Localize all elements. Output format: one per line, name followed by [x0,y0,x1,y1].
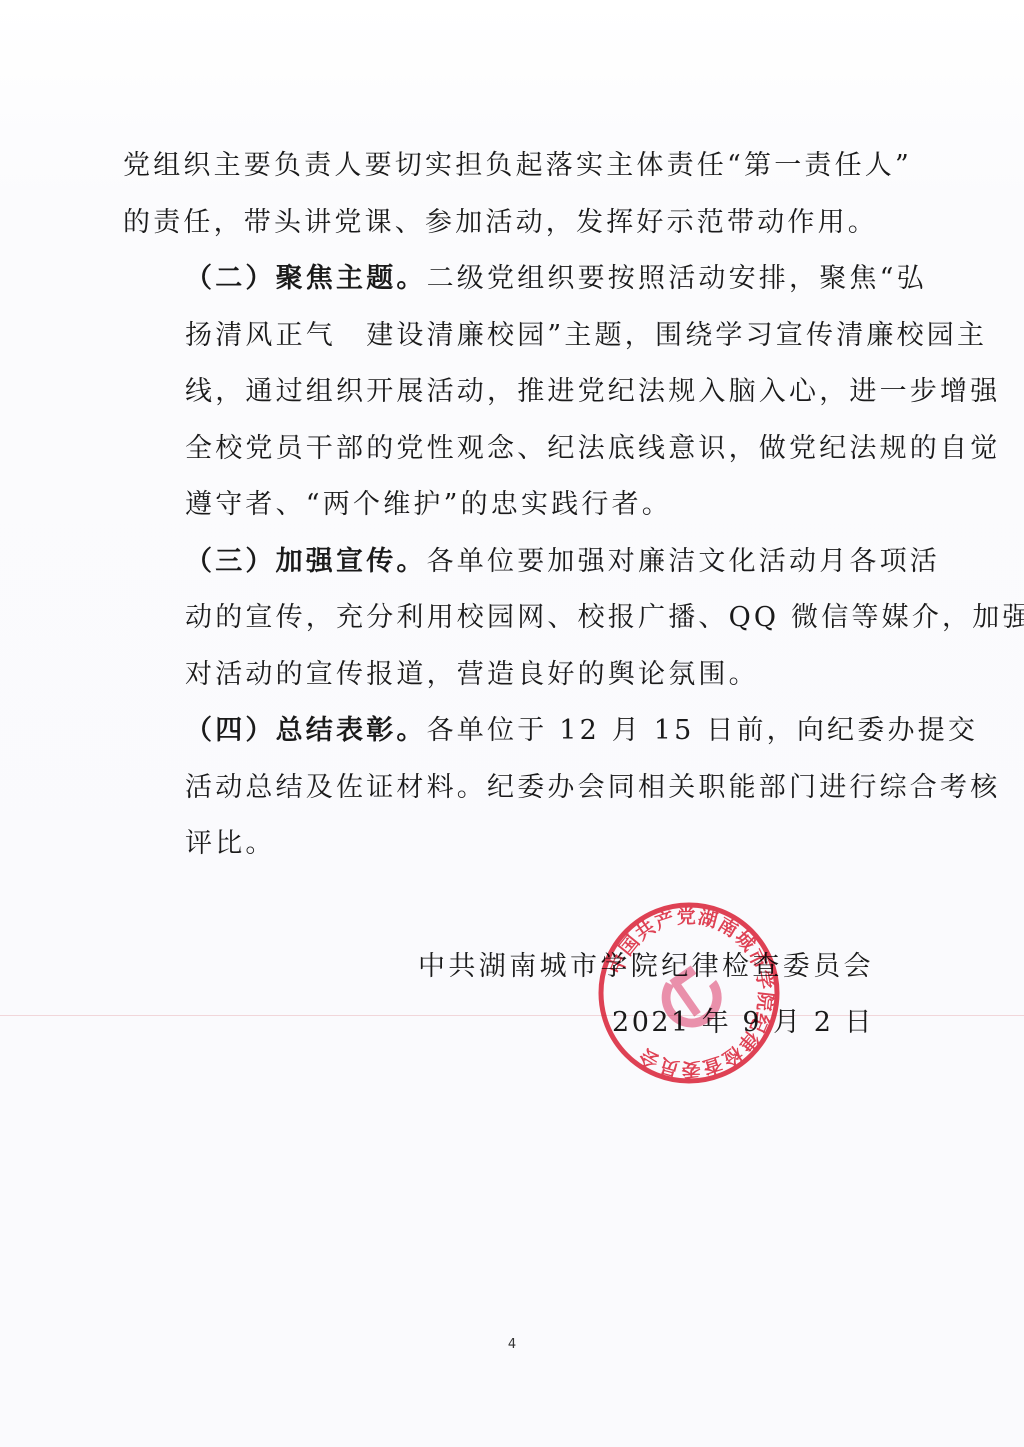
section-heading-summary: （四）总结表彰。 [185,715,427,746]
section-heading-focus-theme: （二）聚焦主题。 [185,263,427,294]
text-line: （三）加强宣传。各单位要加强对廉洁文化活动月各项活 [123,534,878,591]
text-line: 动的宣传，充分利用校园网、校报广播、QQ 微信等媒介，加强 [123,590,878,647]
seal-stamp-icon: 中国共产党湖南城市学院纪律检查委员会 [596,900,782,1086]
text-line: 评比。 [123,816,878,873]
text-run: 各单位要加强对廉洁文化活动月各项活 [427,546,940,577]
text-line: 党组织主要负责人要切实担负起落实主体责任“第一责任人” [123,138,878,195]
text-line: （四）总结表彰。各单位于 12 月 15 日前，向纪委办提交 [123,703,878,760]
hammer-sickle-icon [662,965,722,1027]
text-line: （二）聚焦主题。二级党组织要按照活动安排，聚焦“弘 [123,251,878,308]
official-seal: 中国共产党湖南城市学院纪律检查委员会 [596,900,782,1086]
paragraph-publicity: （三）加强宣传。各单位要加强对廉洁文化活动月各项活 动的宣传，充分利用校园网、校… [123,534,878,704]
text-line: 活动总结及佐证材料。纪委办会同相关职能部门进行综合考核 [123,760,878,817]
text-line: 的责任，带头讲党课、参加活动，发挥好示范带动作用。 [123,195,878,252]
document-page: 党组织主要负责人要切实担负起落实主体责任“第一责任人” 的责任，带头讲党课、参加… [0,0,1024,1447]
text-run: 二级党组织要按照活动安排，聚焦“弘 [427,263,927,294]
document-body: 党组织主要负责人要切实担负起落实主体责任“第一责任人” 的责任，带头讲党课、参加… [123,138,878,873]
text-line: 扬清风正气 建设清廉校园”主题，围绕学习宣传清廉校园主 [123,308,878,365]
text-line: 线，通过组织开展活动，推进党纪法规入脑入心，进一步增强 [123,364,878,421]
paragraph-continuation: 党组织主要负责人要切实担负起落实主体责任“第一责任人” 的责任，带头讲党课、参加… [123,138,878,251]
text-line: 全校党员干部的党性观念、纪法底线意识，做党纪法规的自觉 [123,421,878,478]
text-line: 对活动的宣传报道，营造良好的舆论氛围。 [123,647,878,704]
section-heading-publicity: （三）加强宣传。 [185,546,427,577]
paragraph-focus-theme: （二）聚焦主题。二级党组织要按照活动安排，聚焦“弘 扬清风正气 建设清廉校园”主… [123,251,878,534]
text-run: 各单位于 12 月 15 日前，向纪委办提交 [427,715,978,746]
text-line: 遵守者、“两个维护”的忠实践行者。 [123,477,878,534]
page-number: 4 [0,1337,1024,1352]
paragraph-summary: （四）总结表彰。各单位于 12 月 15 日前，向纪委办提交 活动总结及佐证材料… [123,703,878,873]
